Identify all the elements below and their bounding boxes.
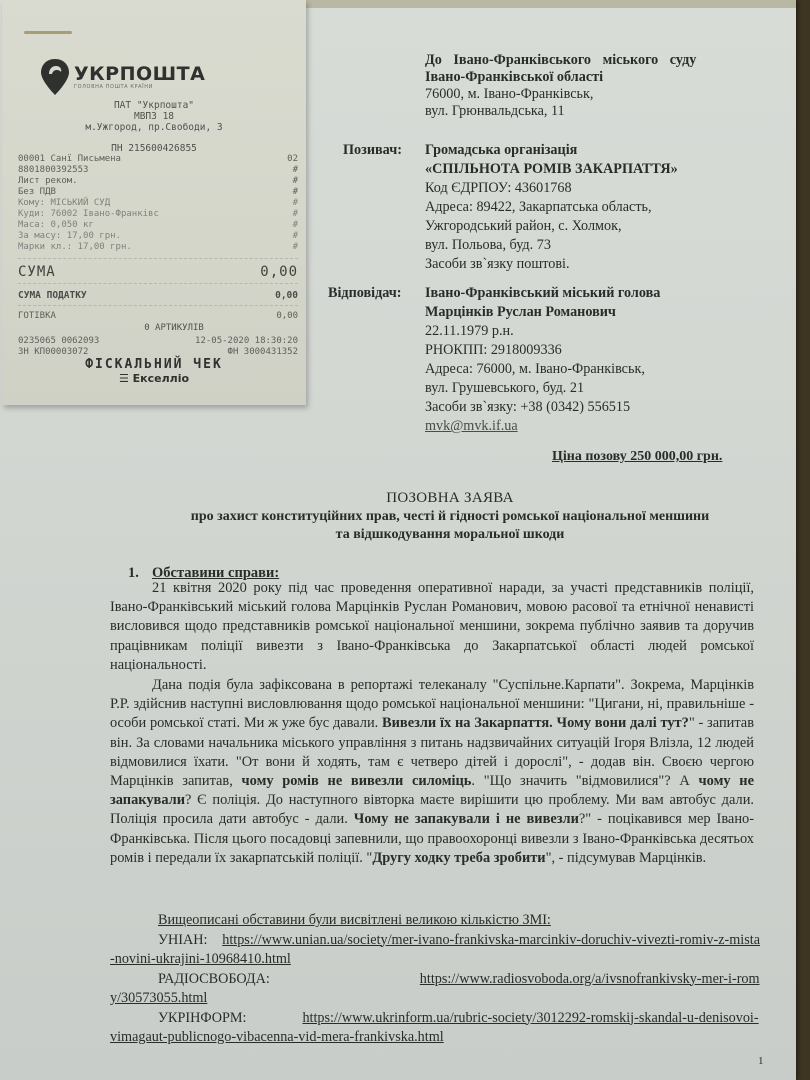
receipt-tax-id: ПН 215600426855: [2, 143, 306, 154]
quote-bold: Другу ходку треба зробити: [372, 850, 545, 866]
plaintiff-address-line: Адреса: 89422, Закарпатська область,: [425, 198, 805, 217]
divider: [18, 283, 298, 284]
receipt-tax-sum: СУМА ПОДАТКУ0,00: [18, 290, 298, 301]
plaintiff-org-name: «СПІЛЬНОТА РОМІВ ЗАКАРПАТТЯ»: [425, 160, 805, 179]
defendant-email-link[interactable]: mvk@mvk.if.ua: [425, 417, 805, 436]
media-source-ukrinform: УКРІНФОРМ:https://www.ukrinform.ua/rubri…: [110, 1009, 760, 1048]
receipt-company: ПАТ "Укрпошта": [2, 100, 306, 111]
media-source-unian: УНІАН: https://www.unian.ua/society/mer-…: [110, 931, 760, 970]
plaintiff-address-line: Ужгородський район, с. Холмок,: [425, 217, 805, 236]
exellio-logo-icon: ☰: [119, 372, 133, 385]
court-region: Івано-Франківської області: [425, 69, 785, 86]
receipt-sum: СУМА0,00: [18, 264, 298, 280]
receipt-item: Без ПДВ#: [18, 187, 298, 198]
media-source-radiosvoboda: РАДІОСВОБОДА:https://www.radiosvoboda.or…: [110, 970, 760, 1009]
quote-bold: Чому не запакували і не вивезли: [354, 811, 579, 827]
page-top-edge: [300, 0, 796, 8]
addressee-block: До Івано-Франківського міського суду Іва…: [425, 52, 785, 120]
staple: [24, 31, 72, 34]
source-name: УНІАН:: [158, 932, 207, 948]
source-name: УКРІНФОРМ:: [158, 1010, 246, 1026]
quote-bold: Вивезли їх на Закарпаття. Чому вони далі…: [382, 715, 689, 731]
plaintiff-label: Позивач:: [343, 141, 433, 160]
divider: [18, 258, 298, 259]
defendant-address-line: Адреса: 76000, м. Івано-Франківськ,: [425, 360, 805, 379]
divider: [18, 305, 298, 306]
defendant-name: Марцінків Руслан Романович: [425, 303, 805, 322]
receipt-item: Марки кл.: 17,00 грн.#: [18, 242, 298, 253]
plaintiff-org-type: Громадська організація: [425, 141, 805, 160]
defendant-address-line: вул. Грушевського, буд. 21: [425, 379, 805, 398]
receipt-address: м.Ужгород, пр.Свободи, 3: [2, 122, 306, 133]
ukrposhta-logo: УКРПОШТА ГОЛОВНА ПОШТА КРАЇНИ: [40, 58, 205, 96]
receipt-articles: 0 АРТИКУЛІВ: [2, 323, 326, 334]
fiscal-check-label: ФІСКАЛЬНИЙ ЧЕК: [2, 357, 306, 372]
receipt-item: Куди: 76002 Івано-Франківс#: [18, 209, 298, 220]
plaintiff-address-line: вул. Польова, буд. 73: [425, 236, 805, 255]
defendant-block: Відповідач: Івано-Франківський міський г…: [328, 284, 798, 444]
brand-name: УКРПОШТА: [74, 64, 205, 84]
document-subtitle: та відшкодування моральної шкоди: [100, 527, 800, 543]
receipt-item: Маса: 0,050 кг#: [18, 220, 298, 231]
receipt-item: 00001 Cанї Письмена02: [18, 154, 298, 165]
receipt-item: За масу: 17,00 грн.#: [18, 231, 298, 242]
defendant-position: Івано-Франківський міський голова: [425, 284, 805, 303]
quote-text: ", - підсумував Марцінків.: [546, 850, 707, 866]
receipt-item: 8801800392553#: [18, 165, 298, 176]
plaintiff-code: Код ЄДРПОУ: 43601768: [425, 179, 805, 198]
plaintiff-contact: Засоби зв`язку поштові.: [425, 255, 805, 274]
receipt-item: Лист реком.#: [18, 176, 298, 187]
court-city: 76000, м. Івано-Франківськ,: [425, 86, 785, 103]
receipt-office: МВПЗ 18: [2, 111, 306, 122]
defendant-contact: Засоби зв`язку: +38 (0342) 556515: [425, 398, 805, 417]
receipt-cash: ГОТІВКА0,00: [18, 311, 298, 322]
document-subtitle: про захист конституційних прав, честі й …: [100, 509, 800, 525]
defendant-label: Відповідач:: [328, 284, 418, 303]
receipt-maker: ☰ Екселліо: [2, 372, 306, 385]
document-title: ПОЗОВНА ЗАЯВА: [100, 490, 800, 507]
claim-price: Ціна позову 250 000,00 грн.: [552, 449, 722, 465]
court-name: До Івано-Франківського міського суду: [425, 52, 785, 69]
receipt-codes: 0235065 006209312-05-2020 18:30:20: [18, 336, 298, 347]
receipt-item: Кому: МІСЬКИЙ СУД#: [18, 198, 298, 209]
media-intro: Вищеописані обставини були висвітлені ве…: [110, 911, 760, 931]
page-number: 1: [758, 1055, 764, 1067]
quote-bold: чому ромів не вивезли силоміць: [242, 773, 472, 789]
location-pin-icon: [40, 58, 70, 96]
quote-text: . "Що значить "відмовилися"? А: [471, 773, 698, 789]
defendant-birthdate: 22.11.1979 р.н.: [425, 322, 805, 341]
plaintiff-block: Позивач: Громадська організація «СПІЛЬНО…: [343, 141, 803, 271]
unian-link[interactable]: https://www.unian.ua/society/mer-ivano-f…: [110, 932, 760, 968]
court-street: вул. Грюнвальдська, 11: [425, 103, 785, 120]
media-sources: Вищеописані обставини були висвітлені ве…: [110, 911, 760, 1048]
paragraph-circumstances: 21 квітня 2020 року під час проведення о…: [110, 579, 754, 675]
source-name: РАДІОСВОБОДА:: [158, 971, 270, 987]
paragraph-quotes: Дана подія була зафіксована в репортажі …: [110, 676, 754, 868]
defendant-rnokpp: РНОКПП: 2918009336: [425, 341, 805, 360]
postal-receipt: УКРПОШТА ГОЛОВНА ПОШТА КРАЇНИ ПАТ "Укрпо…: [2, 0, 306, 405]
